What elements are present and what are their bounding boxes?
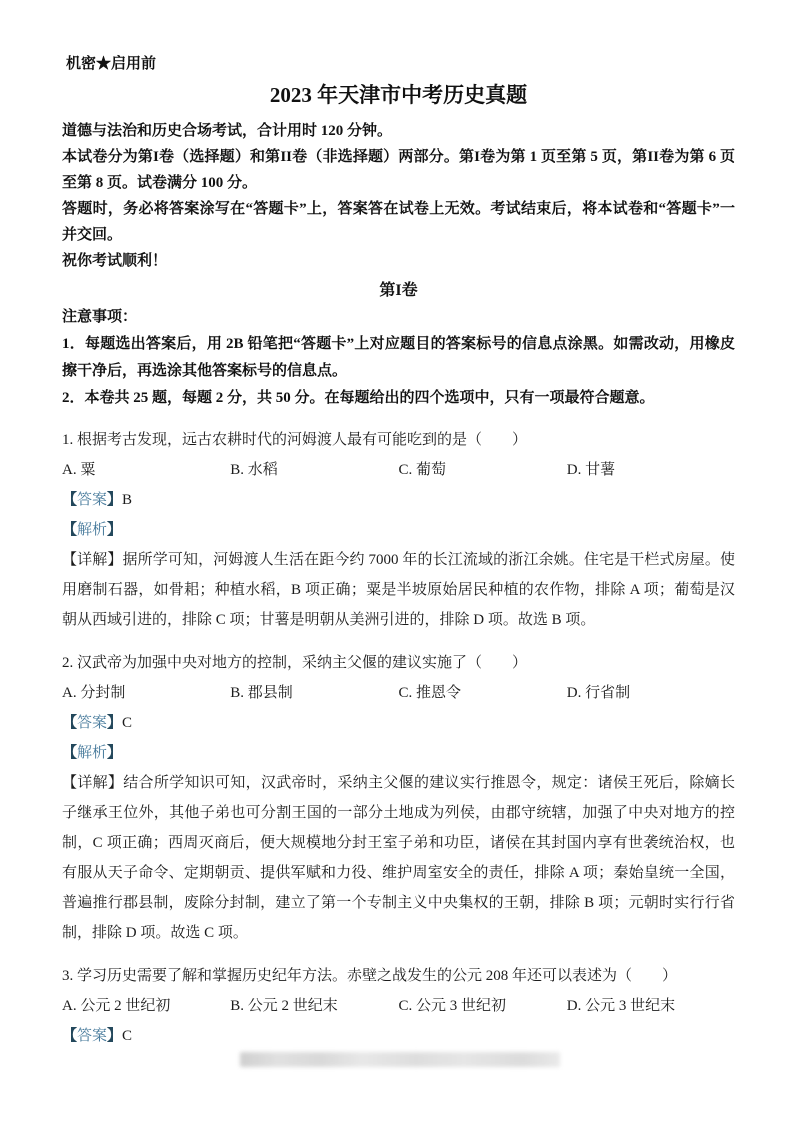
option-b: B. 郡县制 bbox=[230, 678, 398, 708]
notice-list: 1．每题选出答案后，用 2B 铅笔把“答题卡”上对应题目的答案标号的信息点涂黑。… bbox=[62, 331, 735, 412]
question-block-2: 2. 汉武帝为加强中央对地方的控制，采纳主父偃的建议实施了（ ） A. 分封制 … bbox=[62, 648, 735, 948]
answer-value: C bbox=[122, 1028, 132, 1044]
notice-title: 注意事项： bbox=[62, 304, 735, 331]
exam-paper-page: 机密★启用前 2023 年天津市中考历史真题 道德与法治和历史合场考试，合计用时… bbox=[0, 0, 793, 1122]
analysis-label: 解析 bbox=[77, 522, 107, 538]
detail-label: 详解 bbox=[77, 775, 108, 791]
security-notice: 机密★启用前 bbox=[66, 54, 735, 74]
detail-line: 【详解】据所学可知，河姆渡人生活在距今约 7000 年的长江流域的浙江余姚。住宅… bbox=[62, 545, 735, 635]
left-bracket: 【 bbox=[62, 715, 77, 731]
option-a: A. 粟 bbox=[62, 455, 230, 485]
analysis-line: 【解析】 bbox=[62, 738, 735, 768]
page-title: 2023 年天津市中考历史真题 bbox=[62, 82, 735, 108]
option-row: A. 公元 2 世纪初 B. 公元 2 世纪末 C. 公元 3 世纪初 D. 公… bbox=[62, 991, 735, 1021]
right-bracket: 】 bbox=[107, 552, 122, 568]
left-bracket: 【 bbox=[62, 1028, 77, 1044]
analysis-label: 解析 bbox=[77, 745, 107, 761]
left-bracket: 【 bbox=[62, 492, 77, 508]
intro-paragraph-answersheet: 答题时，务必将答案涂写在“答题卡”上，答案答在试卷上无效。考试结束后，将本试卷和… bbox=[62, 196, 735, 248]
option-a: A. 分封制 bbox=[62, 678, 230, 708]
intro-paragraph-goodluck: 祝你考试顺利！ bbox=[62, 248, 735, 274]
question-block-3: 3. 学习历史需要了解和掌握历史纪年方法。赤壁之战发生的公元 208 年还可以表… bbox=[62, 961, 735, 1051]
question-stem: 2. 汉武帝为加强中央对地方的控制，采纳主父偃的建议实施了（ ） bbox=[62, 648, 735, 678]
answer-label: 答案 bbox=[77, 1028, 107, 1044]
answer-value: B bbox=[122, 492, 132, 508]
option-row: A. 粟 B. 水稻 C. 葡萄 D. 甘薯 bbox=[62, 455, 735, 485]
blurred-watermark bbox=[240, 1052, 560, 1067]
left-bracket: 【 bbox=[62, 745, 77, 761]
option-d: D. 行省制 bbox=[567, 678, 735, 708]
answer-value: C bbox=[122, 715, 132, 731]
exam-instructions: 道德与法治和历史合场考试，合计用时 120 分钟。 本试卷分为第I卷（选择题）和… bbox=[62, 118, 735, 274]
detail-line: 【详解】结合所学知识可知，汉武帝时，采纳主父偃的建议实行推恩令，规定：诸侯王死后… bbox=[62, 768, 735, 948]
option-c: C. 公元 3 世纪初 bbox=[399, 991, 567, 1021]
question-stem: 1. 根据考古发现，远古农耕时代的河姆渡人最有可能吃到的是（ ） bbox=[62, 425, 735, 455]
option-d: D. 公元 3 世纪末 bbox=[567, 991, 735, 1021]
answer-label: 答案 bbox=[77, 492, 107, 508]
answer-label: 答案 bbox=[77, 715, 107, 731]
detail-label: 详解 bbox=[77, 552, 107, 568]
right-bracket: 】 bbox=[107, 745, 122, 761]
notice-item-2: 2．本卷共 25 题，每题 2 分，共 50 分。在每题给出的四个选项中，只有一… bbox=[62, 385, 735, 412]
right-bracket: 】 bbox=[107, 522, 122, 538]
question-block-1: 1. 根据考古发现，远古农耕时代的河姆渡人最有可能吃到的是（ ） A. 粟 B.… bbox=[62, 425, 735, 635]
option-d: D. 甘薯 bbox=[567, 455, 735, 485]
analysis-line: 【解析】 bbox=[62, 515, 735, 545]
intro-paragraph-duration: 道德与法治和历史合场考试，合计用时 120 分钟。 bbox=[62, 118, 735, 144]
option-b: B. 公元 2 世纪末 bbox=[230, 991, 398, 1021]
right-bracket: 】 bbox=[107, 492, 122, 508]
answer-line: 【答案】B bbox=[62, 485, 735, 515]
left-bracket: 【 bbox=[62, 522, 77, 538]
answer-line: 【答案】C bbox=[62, 708, 735, 738]
question-stem: 3. 学习历史需要了解和掌握历史纪年方法。赤壁之战发生的公元 208 年还可以表… bbox=[62, 961, 735, 991]
right-bracket: 】 bbox=[108, 775, 123, 791]
option-c: C. 葡萄 bbox=[399, 455, 567, 485]
notice-item-1: 1．每题选出答案后，用 2B 铅笔把“答题卡”上对应题目的答案标号的信息点涂黑。… bbox=[62, 331, 735, 385]
option-a: A. 公元 2 世纪初 bbox=[62, 991, 230, 1021]
left-bracket: 【 bbox=[62, 775, 77, 791]
left-bracket: 【 bbox=[62, 552, 77, 568]
detail-text: 据所学可知，河姆渡人生活在距今约 7000 年的长江流域的浙江余姚。住宅是干栏式… bbox=[62, 552, 735, 628]
right-bracket: 】 bbox=[107, 715, 122, 731]
detail-text: 结合所学知识可知，汉武帝时，采纳主父偃的建议实行推恩令，规定：诸侯王死后，除嫡长… bbox=[62, 775, 735, 941]
intro-paragraph-structure: 本试卷分为第I卷（选择题）和第II卷（非选择题）两部分。第I卷为第 1 页至第 … bbox=[62, 144, 735, 196]
section-heading-volume1: 第I卷 bbox=[62, 277, 735, 304]
option-row: A. 分封制 B. 郡县制 C. 推恩令 D. 行省制 bbox=[62, 678, 735, 708]
answer-line: 【答案】C bbox=[62, 1021, 735, 1051]
option-c: C. 推恩令 bbox=[399, 678, 567, 708]
right-bracket: 】 bbox=[107, 1028, 122, 1044]
option-b: B. 水稻 bbox=[230, 455, 398, 485]
